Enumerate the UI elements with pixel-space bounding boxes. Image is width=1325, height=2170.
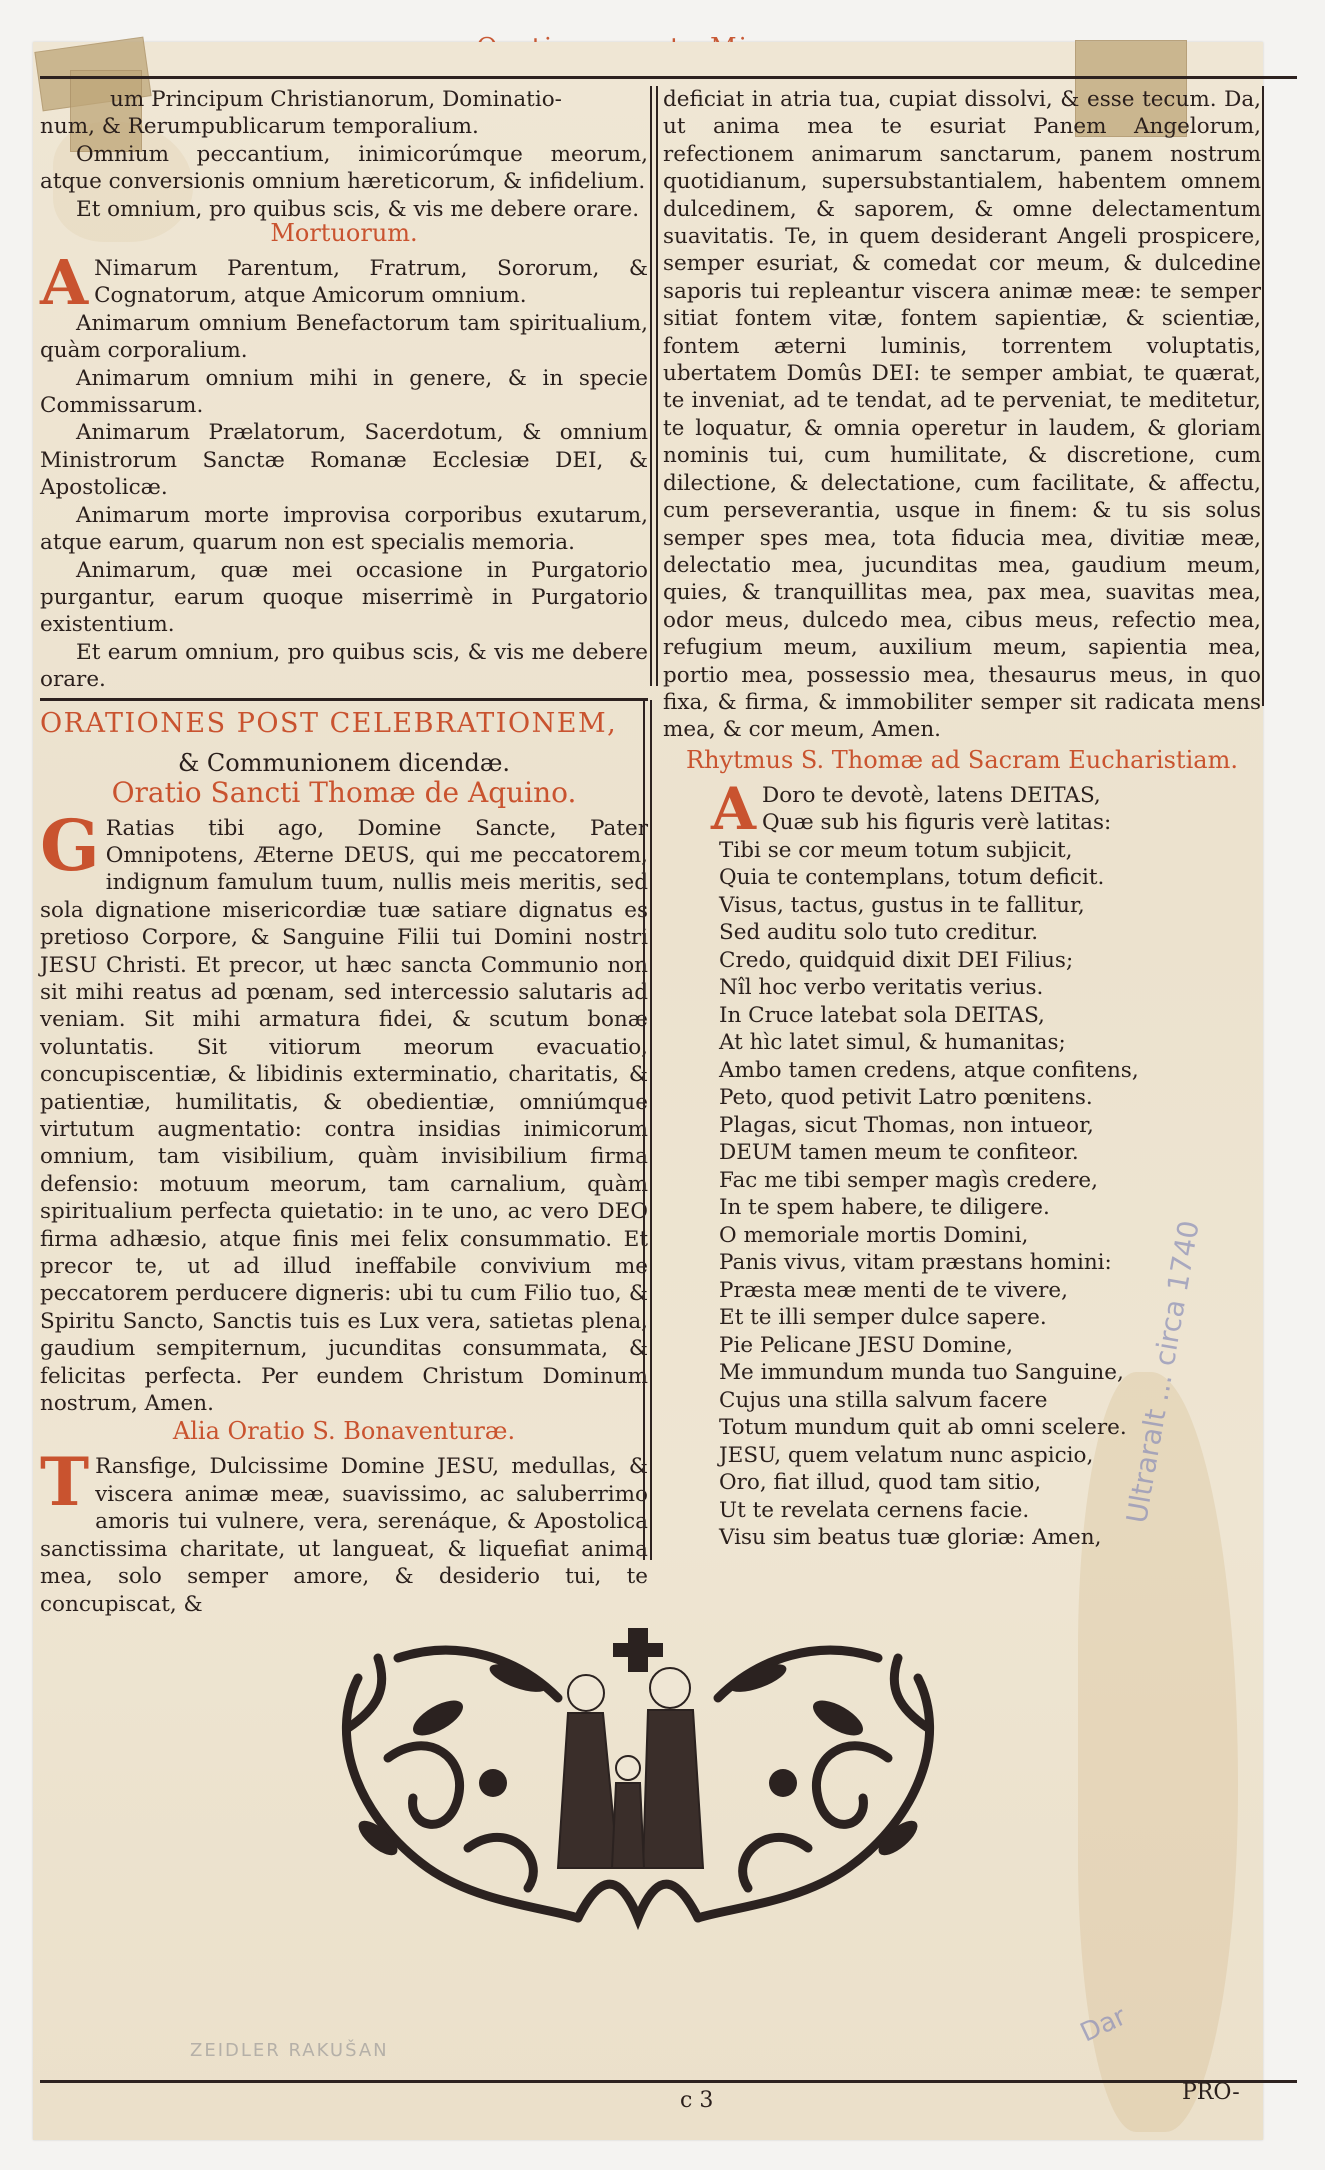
left-column: um Principum Christianorum, Dominatio- n…	[40, 86, 648, 1618]
prayer-text-aquinas: Ratias tibi ago, Domine Sancte, Pater Om…	[40, 816, 648, 1417]
hymn-line: Plagas, sicut Thomas, non intueor,	[719, 1112, 1261, 1140]
hymn-line: DEUM tamen meum te confiteor.	[719, 1139, 1261, 1167]
column-divider	[650, 86, 652, 686]
mortuorum-first-paragraph: Nimarum Parentum, Fratrum, Sororum, & Co…	[94, 256, 648, 308]
column-divider	[643, 700, 645, 1560]
continued-line: num, & Rerumpublicarum temporalium.	[40, 113, 648, 140]
drop-cap-t: T	[40, 1455, 89, 1509]
hymn-line: Doro te devotè, latens DEITAS,	[719, 782, 1261, 810]
prayer-title-aquinas: Oratio Sancti Thomæ de Aquino.	[40, 777, 648, 809]
hymn-line: In Cruce latebat sola DEITAS,	[719, 1002, 1261, 1030]
hymn-title: Rhytmus S. Thomæ ad Sacram Eucharistiam.	[663, 746, 1261, 774]
section-rule	[40, 698, 648, 701]
hymn-line: Fac me tibi semper magìs credere,	[719, 1167, 1261, 1195]
column-divider	[650, 700, 652, 1560]
drop-cap-a: A	[711, 784, 756, 834]
column-divider	[656, 86, 658, 686]
hymn-line: Totum mundum quit ab omni scelere.	[719, 1414, 1261, 1442]
mortuorum-paragraph: Animarum Prælatorum, Sacerdotum, & omniu…	[40, 419, 648, 501]
signature-mark: c 3	[680, 2088, 713, 2113]
hymn-line: At hìc latet simul, & humanitas;	[719, 1029, 1261, 1057]
prayer-text-bonaventure: Ransfige, Dulcissime Domine JESU, medull…	[40, 1454, 648, 1616]
section-heading: ORATIONES POST CELEBRATIONEM,	[40, 707, 648, 741]
hymn-line: Cujus una stilla salvum facere	[719, 1387, 1261, 1415]
hymn-line: Nîl hoc verbo veritatis verius.	[719, 974, 1261, 1002]
pencil-annotation-bottom-left: ZEIDLER RAKUŠAN	[190, 2040, 389, 2061]
hymn-line: JESU, quem velatum nunc aspicio,	[719, 1442, 1261, 1470]
mortuorum-paragraph: Animarum, quæ mei occasione in Purgatori…	[40, 557, 648, 639]
hymn-line: Peto, quod petivit Latro pœnitens.	[719, 1084, 1261, 1112]
hymn-line: Credo, quidquid dixit DEI Filius;	[719, 947, 1261, 975]
prayer-title-bonaventure: Alia Oratio S. Bonaventuræ.	[40, 1417, 648, 1445]
hymn-line: Tibi se cor meum totum subjicit,	[719, 837, 1261, 865]
hymn-line: Ut te revelata cernens facie.	[719, 1497, 1261, 1525]
hymn-line: Oro, fiat illud, quod tam sitio,	[719, 1469, 1261, 1497]
hymn-line: Ambo tamen credens, atque confitens,	[719, 1057, 1261, 1085]
intention-paragraph: Omnium peccantium, inimicorúmque meorum,…	[40, 141, 648, 196]
hymn-line: Quæ sub his figuris verè latitas:	[719, 809, 1261, 837]
running-head: Orationes ante Missam	[430, 28, 870, 42]
section-subheading: & Communionem dicendæ.	[40, 749, 648, 777]
top-rule	[40, 76, 1297, 79]
continued-line: um Principum Christianorum, Dominatio-	[40, 86, 648, 113]
hymn-line: Sed auditu solo tuto creditur.	[719, 919, 1261, 947]
drop-cap-a: A	[40, 257, 88, 309]
bottom-rule	[40, 2080, 1297, 2083]
mortuorum-paragraph: Animarum omnium mihi in genere, & in spe…	[40, 365, 648, 420]
woodcut-holy-family-ornament	[318, 1618, 958, 1938]
mortuorum-paragraph: Animarum omnium Benefactorum tam spiritu…	[40, 310, 648, 365]
right-border-rule	[1262, 86, 1264, 706]
hymn-line: Visu sim beatus tuæ gloriæ: Amen,	[719, 1524, 1261, 1552]
hymn-line: In te spem habere, te diligere.	[719, 1194, 1261, 1222]
mortuorum-paragraph: Et earum omnium, pro quibus scis, & vis …	[40, 639, 648, 694]
catchword: PRO-	[1182, 2080, 1240, 2105]
continued-prayer-text: deficiat in atria tua, cupiat dissolvi, …	[663, 86, 1261, 744]
mortuorum-heading: Mortuorum.	[40, 219, 648, 247]
drop-cap-g: G	[40, 817, 100, 875]
hymn-adoro-te: A Doro te devotè, latens DEITAS, Quæ sub…	[719, 782, 1261, 1552]
hymn-line: Visus, tactus, gustus in te fallitur,	[719, 892, 1261, 920]
mortuorum-paragraph: Animarum morte improvisa corporibus exut…	[40, 502, 648, 557]
hymn-line: Quia te contemplans, totum deficit.	[719, 864, 1261, 892]
